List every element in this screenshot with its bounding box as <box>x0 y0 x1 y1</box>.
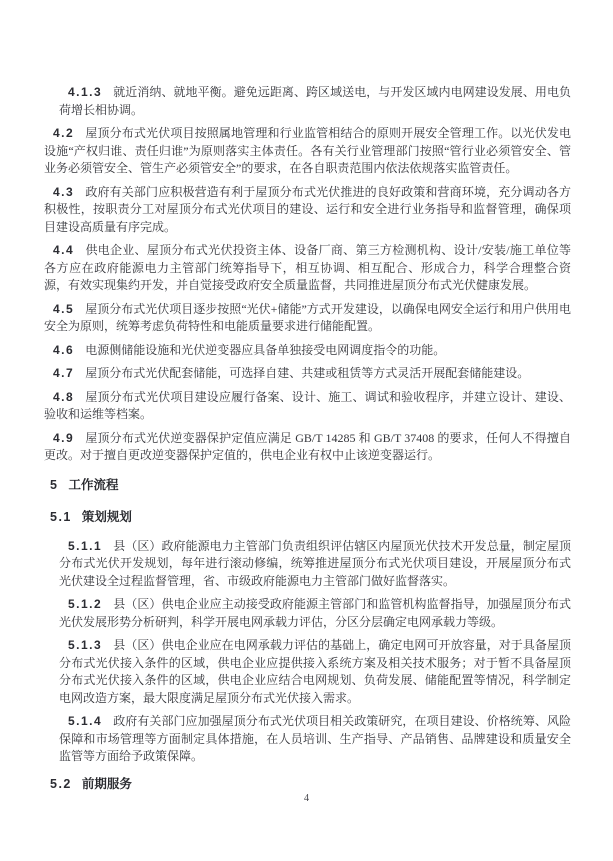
clause-text: 电源侧储能设施和光伏逆变器应具备单独接受电网调度指令的功能。 <box>85 343 445 357</box>
clause-number: 5.1.2 <box>68 597 102 611</box>
clause-5-1-2: 5.1.2县（区）供电企业应主动接受政府能源主管部门和监管机构监督指导，加强屋顶… <box>59 596 571 631</box>
clause-number: 4.2 <box>53 126 74 140</box>
clause-number: 5.1.4 <box>68 714 102 728</box>
clause-4-7: 4.7屋顶分布式光伏配套储能，可选择自建、共建或租赁等方式灵活开展配套储能建设。 <box>44 365 571 383</box>
clause-text: 屋顶分布式光伏项目逐步按照“光伏+储能”方式开发建设，以确保电网安全运行和用户供… <box>44 302 571 334</box>
clause-4-2: 4.2屋顶分布式光伏项目按照属地管理和行业监管相结合的原则开展安全管理工作。以光… <box>44 125 571 178</box>
clause-number: 4.9 <box>53 431 74 445</box>
heading-number: 5.2 <box>50 777 72 791</box>
heading-text: 工作流程 <box>68 478 118 492</box>
clause-4-1-3: 4.1.3就近消纳、就地平衡。避免远距离、跨区域送电，与开发区域内电网建设发展、… <box>59 84 571 119</box>
clause-text: 政府有关部门应积极营造有利于屋顶分布式光伏推进的良好政策和营商环境，充分调动各方… <box>44 185 571 234</box>
clause-4-4: 4.4供电企业、屋顶分布式光伏投资主体、设备厂商、第三方检测机构、设计/安装/施… <box>44 242 571 295</box>
heading-text: 策划规划 <box>82 510 132 524</box>
clause-5-1-1: 5.1.1县（区）政府能源电力主管部门负责组织评估辖区内屋顶光伏技术开发总量，制… <box>59 538 571 591</box>
clause-text: 供电企业、屋顶分布式光伏投资主体、设备厂商、第三方检测机构、设计/安装/施工单位… <box>44 243 571 292</box>
clause-4-6: 4.6电源侧储能设施和光伏逆变器应具备单独接受电网调度指令的功能。 <box>44 342 571 360</box>
clause-number: 4.6 <box>53 343 74 357</box>
document-page: 4.1.3就近消纳、就地平衡。避免远距离、跨区域送电，与开发区域内电网建设发展、… <box>0 0 613 861</box>
clause-text: 县（区）供电企业应主动接受政府能源主管部门和监管机构监督指导，加强屋顶分布式光伏… <box>59 597 571 629</box>
clause-4-3: 4.3政府有关部门应积极营造有利于屋顶分布式光伏推进的良好政策和营商环境，充分调… <box>44 184 571 237</box>
heading-text: 前期服务 <box>82 777 132 791</box>
clause-text: 就近消纳、就地平衡。避免远距离、跨区域送电，与开发区域内电网建设发展、用电负荷增… <box>59 85 571 117</box>
heading-number: 5.1 <box>50 510 72 524</box>
section-5-heading: 5工作流程 <box>44 477 571 495</box>
clause-4-8: 4.8屋顶分布式光伏项目建设应履行备案、设计、施工、调试和验收程序，并建立设计、… <box>44 389 571 424</box>
clause-text: 县（区）供电企业应在电网承载力评估的基础上，确定电网可开放容量，对于具备屋顶分布… <box>59 638 571 705</box>
document-body: 4.1.3就近消纳、就地平衡。避免远距离、跨区域送电，与开发区域内电网建设发展、… <box>44 84 571 793</box>
clause-text: 屋顶分布式光伏配套储能，可选择自建、共建或租赁等方式灵活开展配套储能建设。 <box>85 366 529 380</box>
clause-5-1-4: 5.1.4政府有关部门应加强屋顶分布式光伏项目相关政策研究，在项目建设、价格统筹… <box>59 713 571 766</box>
section-5-1-heading: 5.1策划规划 <box>44 509 571 527</box>
clause-number: 4.5 <box>53 302 74 316</box>
clause-text: 政府有关部门应加强屋顶分布式光伏项目相关政策研究，在项目建设、价格统筹、风险保障… <box>59 714 571 763</box>
clause-text: 屋顶分布式光伏项目建设应履行备案、设计、施工、调试和验收程序，并建立设计、建设、… <box>44 390 571 422</box>
clause-4-9: 4.9屋顶分布式光伏逆变器保护定值应满足 GB/T 14285 和 GB/T 3… <box>44 430 571 465</box>
clause-number: 4.8 <box>53 390 74 404</box>
clause-text: 县（区）政府能源电力主管部门负责组织评估辖区内屋顶光伏技术开发总量，制定屋顶分布… <box>59 539 571 588</box>
clause-5-1-3: 5.1.3县（区）供电企业应在电网承载力评估的基础上，确定电网可开放容量，对于具… <box>59 637 571 707</box>
page-number: 4 <box>0 793 613 804</box>
clause-text: 屋顶分布式光伏项目按照属地管理和行业监管相结合的原则开展安全管理工作。以光伏发电… <box>44 126 571 175</box>
clause-number: 4.7 <box>53 366 74 380</box>
clause-number: 4.1.3 <box>68 85 102 99</box>
heading-number: 5 <box>50 478 58 492</box>
clause-number: 4.4 <box>53 243 74 257</box>
clause-number: 5.1.3 <box>68 638 102 652</box>
clause-4-5: 4.5屋顶分布式光伏项目逐步按照“光伏+储能”方式开发建设，以确保电网安全运行和… <box>44 301 571 336</box>
section-5-2-heading: 5.2前期服务 <box>44 776 571 794</box>
clause-number: 4.3 <box>53 185 74 199</box>
clause-number: 5.1.1 <box>68 539 102 553</box>
clause-text: 屋顶分布式光伏逆变器保护定值应满足 GB/T 14285 和 GB/T 3740… <box>44 431 571 463</box>
